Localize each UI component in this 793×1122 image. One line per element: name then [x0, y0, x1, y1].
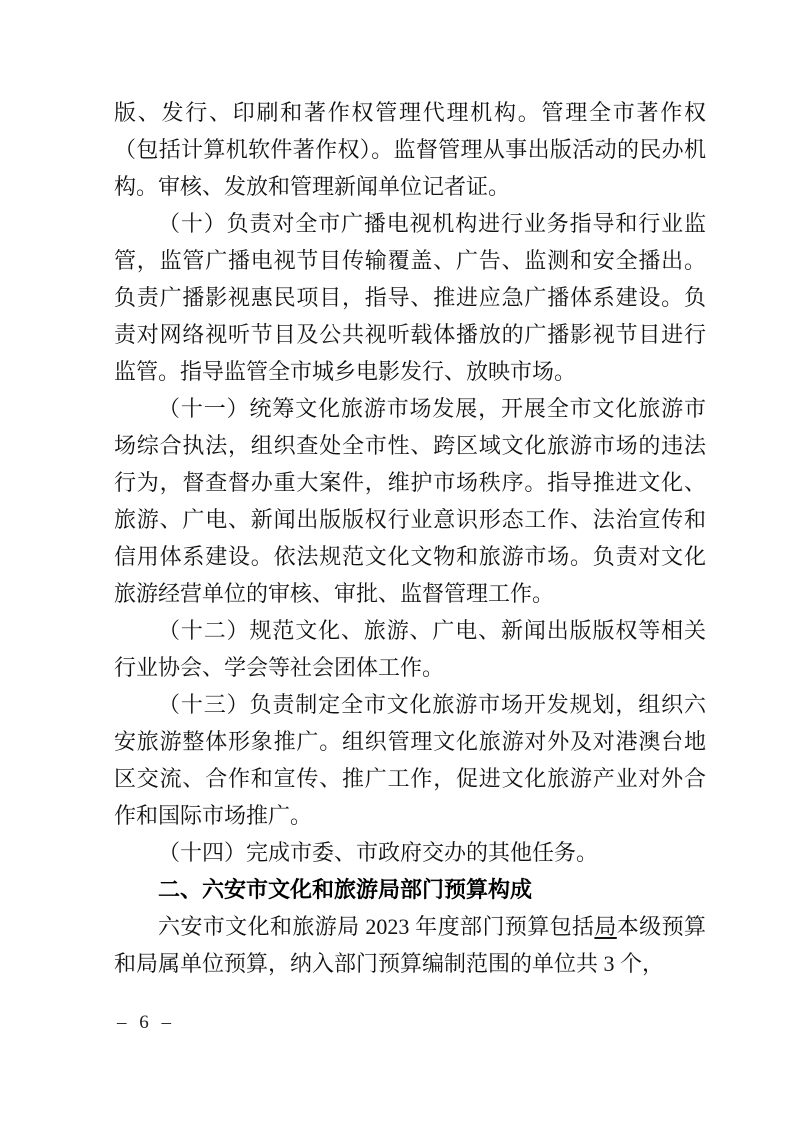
budget-text-before: 六安市文化和旅游局 2023 年度部门预算包括 — [158, 914, 594, 939]
document-body: 版、发行、印刷和著作权管理代理机构。管理全市著作权（包括计算机软件著作权）。监督… — [114, 94, 706, 982]
document-page: 版、发行、印刷和著作权管理代理机构。管理全市著作权（包括计算机软件著作权）。监督… — [0, 0, 793, 1122]
duty-item-14: （十四）完成市委、市政府交办的其他任务。 — [114, 834, 706, 871]
duty-item-10: （十）负责对全市广播电视机构进行业务指导和行业监管，监管广播电视节目传输覆盖、广… — [114, 205, 706, 390]
duty-item-12: （十二）规范文化、旅游、广电、新闻出版版权等相关行业协会、学会等社会团体工作。 — [114, 612, 706, 686]
budget-text-underlined: 局 — [594, 914, 616, 939]
page-number: – 6 – — [117, 1012, 175, 1034]
duty-item-11: （十一）统筹文化旅游市场发展，开展全市文化旅游市场综合执法，组织查处全市性、跨区… — [114, 390, 706, 612]
paragraph-continuation: 版、发行、印刷和著作权管理代理机构。管理全市著作权（包括计算机软件著作权）。监督… — [114, 94, 706, 205]
section-heading-budget-composition: 二、六安市文化和旅游局部门预算构成 — [114, 871, 706, 908]
duty-item-13: （十三）负责制定全市文化旅游市场开发规划，组织六安旅游整体形象推广。组织管理文化… — [114, 686, 706, 834]
budget-composition-paragraph: 六安市文化和旅游局 2023 年度部门预算包括局本级预算和局属单位预算，纳入部门… — [114, 908, 706, 982]
